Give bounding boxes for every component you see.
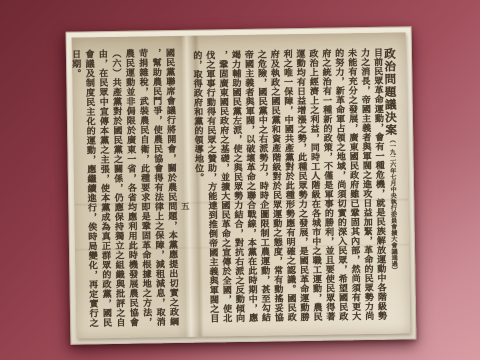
document-paper: 政治問題議決案（一九二六年七月中央執行委員會擴大會議通過） 目前民眾革命運動，會… bbox=[72, 32, 411, 338]
page-left-half: 國民黨聯席會議行將開會，關於農民問題，本黨應提出切實之政綱，幫助農民鬥爭，使農民… bbox=[79, 48, 179, 335]
page-right-half: 政治問題議決案（一九二六年七月中央執行委員會擴大會議通過） 目前民眾革命運動，會… bbox=[189, 48, 401, 331]
title-text: 政治問題議決案 bbox=[383, 48, 398, 137]
title-annotation: （一九二六年七月中央執行委員會擴大會議通過） bbox=[388, 136, 397, 272]
document-mat: 政治問題議決案（一九二六年七月中央執行委員會擴大會議通過） 目前民眾革命運動，會… bbox=[66, 26, 417, 344]
page-number: 五 bbox=[178, 202, 190, 211]
